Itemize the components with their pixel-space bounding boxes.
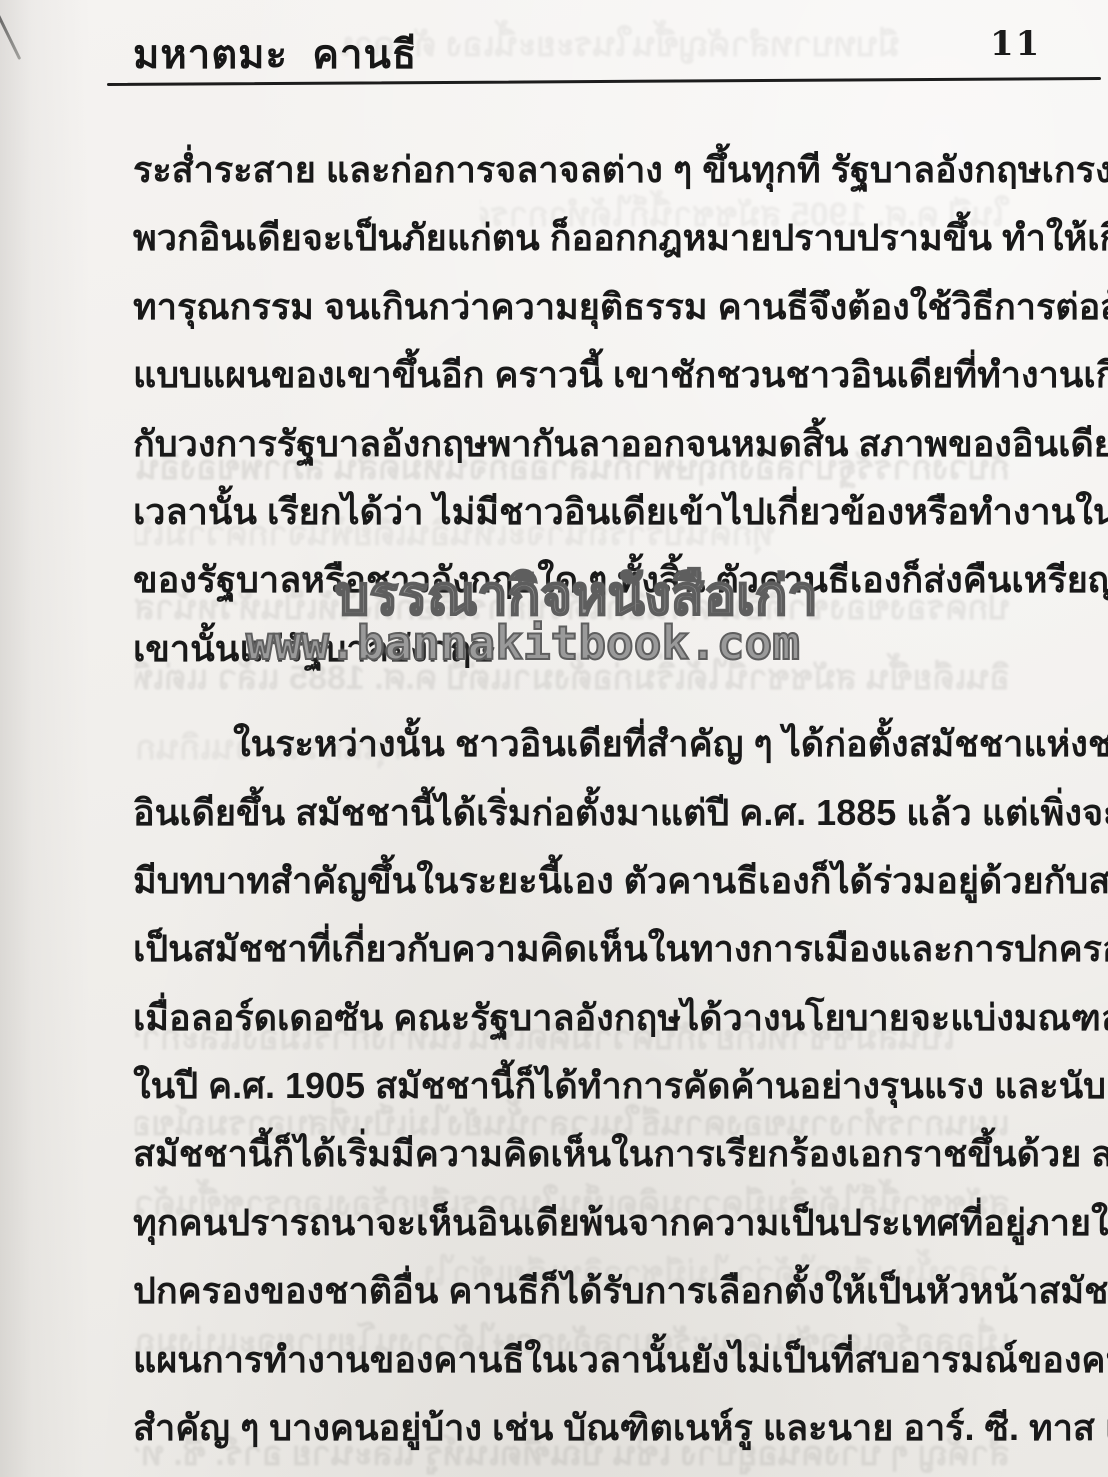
body-line: ระส่ำระสาย และก่อการจลาจลต่าง ๆ ขึ้นทุกท… (133, 136, 1011, 204)
body-line: ทารุณกรรม จนเกินกว่าความยุติธรรม คานธีจึ… (133, 273, 1011, 341)
body-line: แบบแผนของเขาขึ้นอีก คราวนี้ เขาชักชวนชาว… (133, 341, 1011, 409)
body-text-block: ระส่ำระสาย และก่อการจลาจลต่าง ๆ ขึ้นทุกท… (133, 136, 1011, 1462)
body-line: เป็นสมัชชาที่เกี่ยวกับความคิดเห็นในทางกา… (133, 915, 1011, 983)
page-number: 11 (990, 24, 1041, 64)
paragraph-break (133, 683, 1011, 710)
body-line: เวลานั้น เรียกได้ว่า ไม่มีชาวอินเดียเข้า… (133, 478, 1011, 546)
body-line: ทุกคนปรารถนาจะเห็นอินเดียพ้นจากความเป็นป… (133, 1189, 1011, 1257)
watermark-url-text: www.bannakitbook.com (246, 616, 800, 670)
body-line: ในระหว่างนั้น ชาวอินเดียที่สำคัญ ๆ ได้ก่… (133, 710, 1011, 778)
body-line: อินเดียขึ้น สมัชชานี้ได้เริ่มก่อตั้งมาแต… (133, 779, 1011, 847)
body-line: กับวงการรัฐบาลอังกฤษพากันลาออกจนหมดสิ้น … (133, 410, 1011, 478)
body-line: พวกอินเดียจะเป็นภัยแก่ตน ก็ออกกฎหมายปราบ… (133, 204, 1011, 272)
body-line: ในปี ค.ศ. 1905 สมัชชานี้ก็ได้ทำการคัดค้า… (133, 1052, 1011, 1120)
body-line: สำคัญ ๆ บางคนอยู่บ้าง เช่น บัณฑิตเนห์รู … (133, 1394, 1011, 1462)
body-line: เมื่อลอร์ดเดอซัน คณะรัฐบาลอังกฤษได้วางนโ… (133, 984, 1011, 1052)
running-header-title: มหาตมะ คานธี (133, 22, 417, 86)
body-line: ปกครองของชาติอื่น คานธีก็ได้รับการเลือกต… (133, 1257, 1011, 1325)
body-line: มีบทบาทสำคัญขึ้นในระยะนี้เอง ตัวคานธีเอง… (133, 847, 1011, 915)
body-line: สมัชชานี้ก็ได้เริ่มมีความคิดเห็นในการเรี… (133, 1120, 1011, 1188)
page-left-edge-shadow (0, 0, 90, 1477)
body-line: แผนการทำงานของคานธีในเวลานั้นยังไม่เป็นท… (133, 1326, 1011, 1394)
